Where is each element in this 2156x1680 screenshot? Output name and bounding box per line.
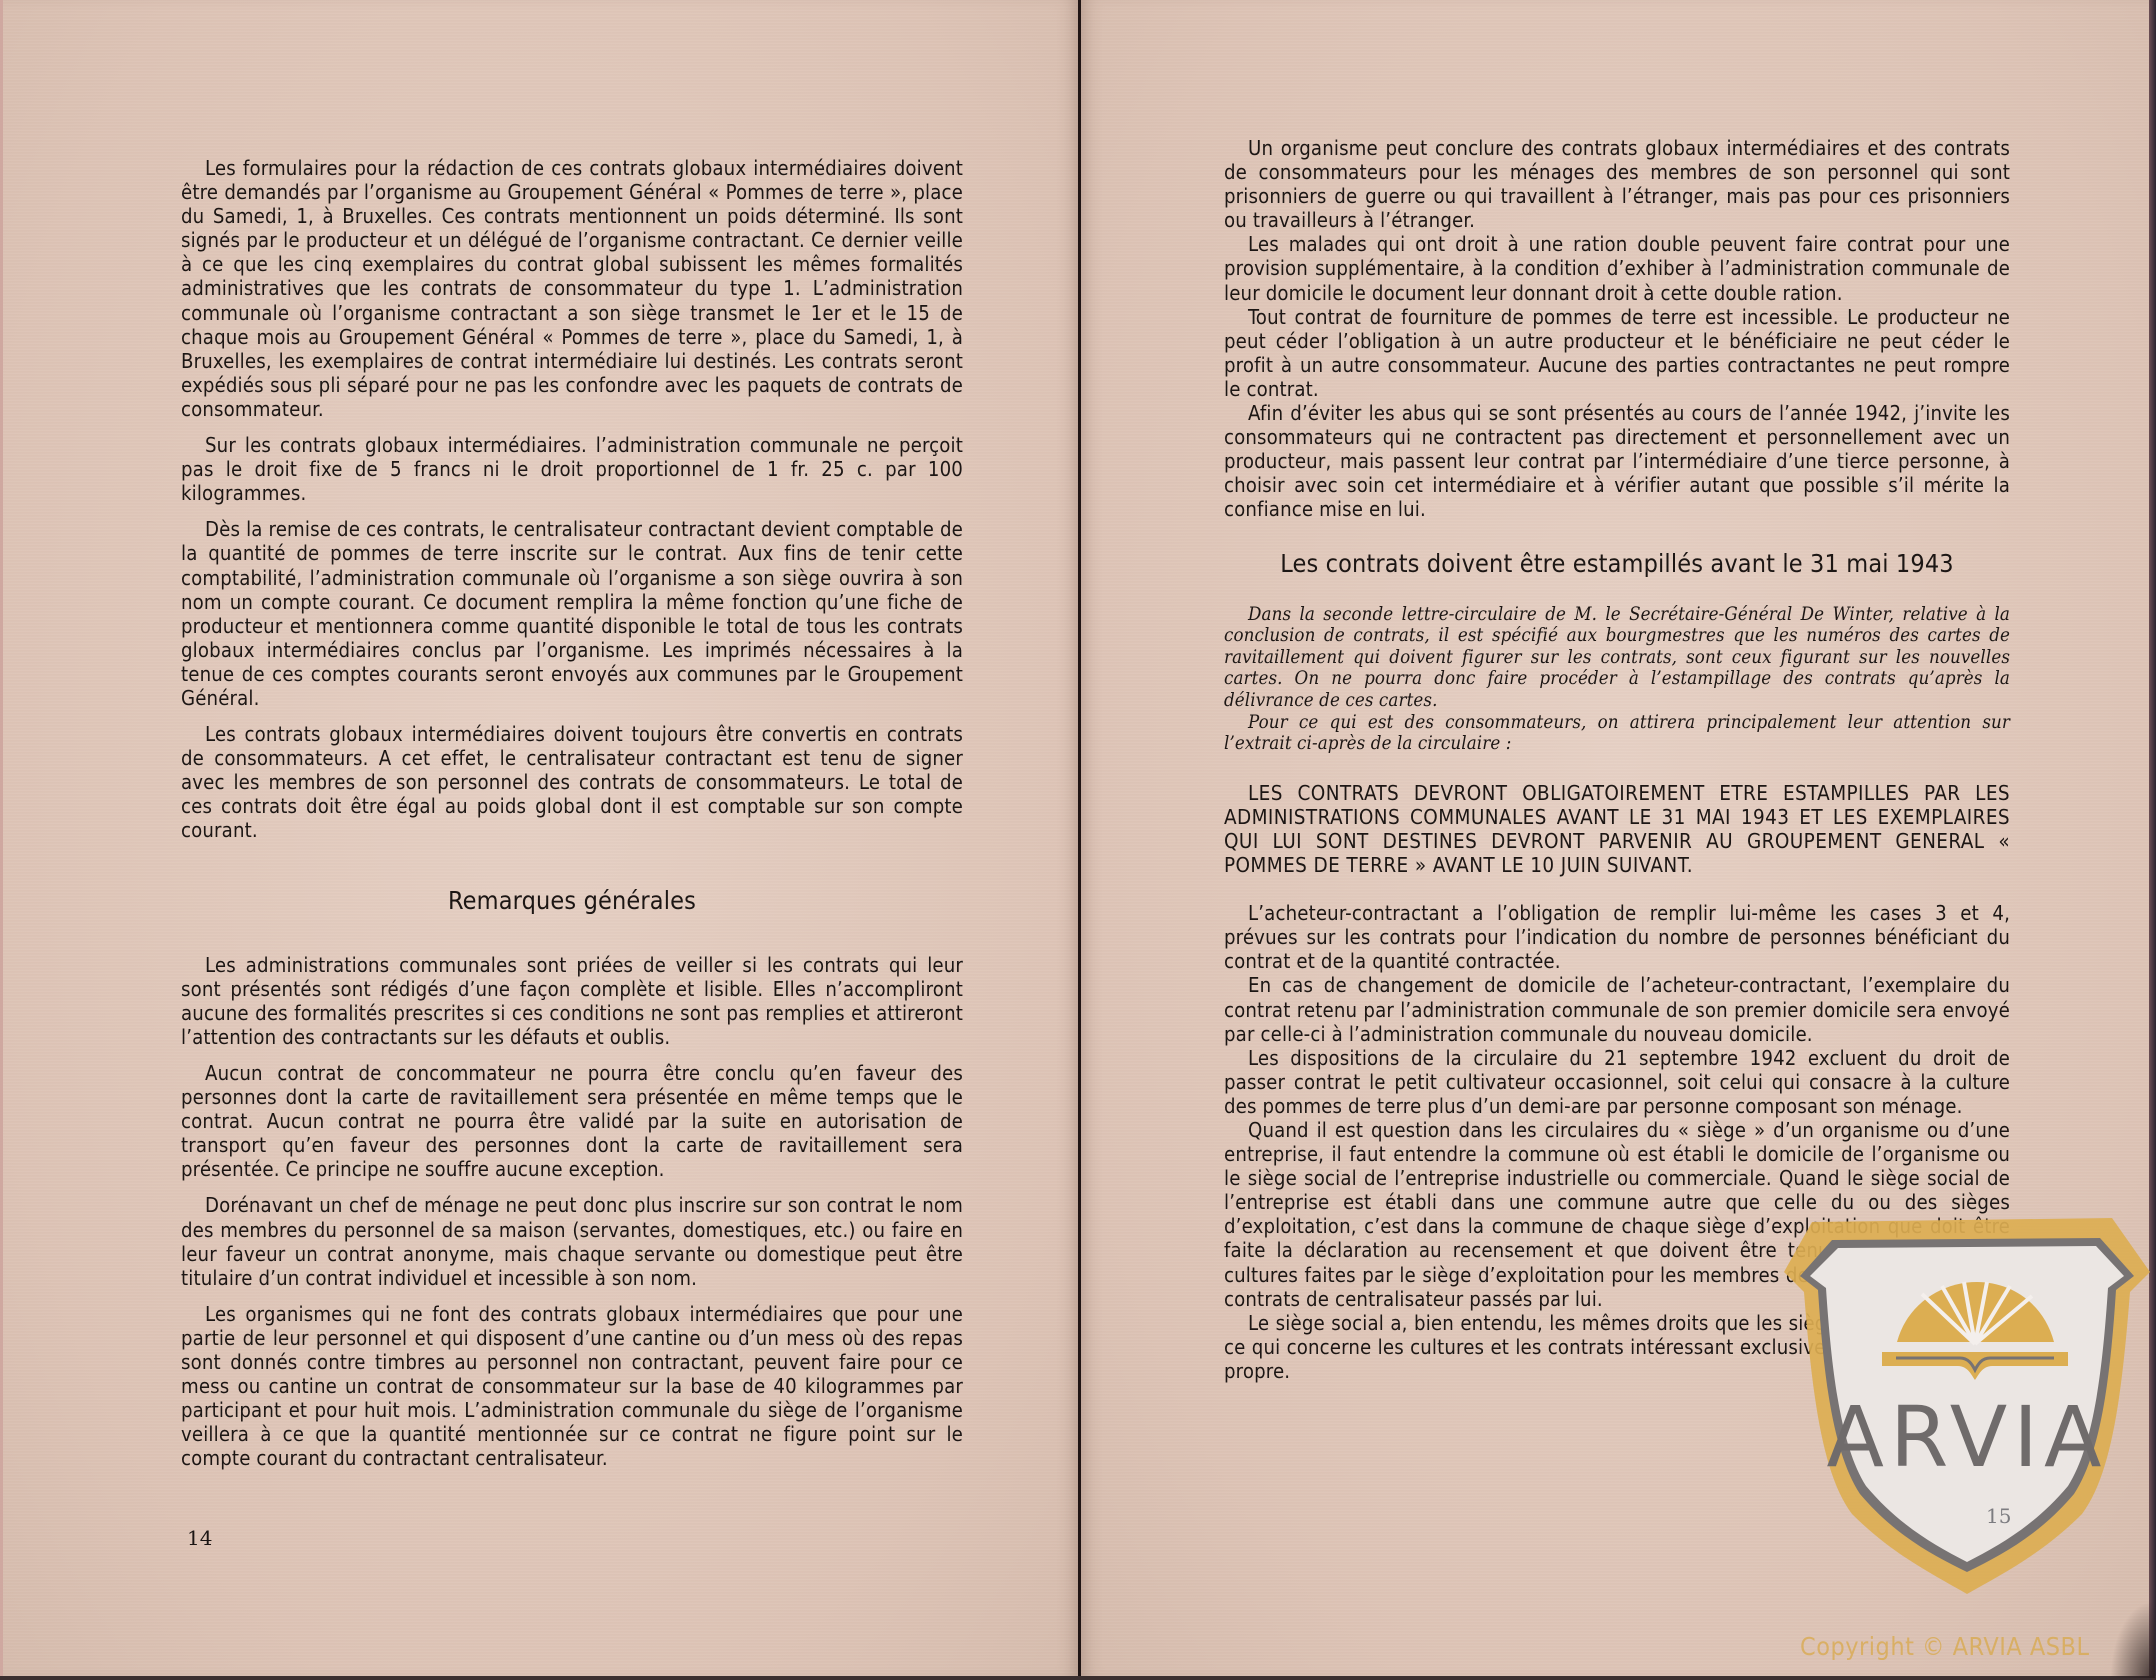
paragraph: Les administrations communales sont prié… [181, 953, 963, 1049]
paragraph: Sur les contrats globaux intermédiaires.… [181, 433, 963, 505]
page-right: Un organisme peut conclure des contrats … [1081, 0, 2151, 1676]
copyright-notice: Copyright © ARVIA ASBL [1800, 1632, 2089, 1661]
paragraph: L’acheteur-contractant a l’obligation de… [1224, 901, 2010, 973]
paragraph: Aucun contrat de concommateur ne pourra … [181, 1061, 963, 1181]
paragraph: Tout contrat de fourniture de pommes de … [1224, 305, 2010, 401]
section-heading-estampilles: Les contrats doivent être estampillés av… [1224, 552, 2010, 576]
paragraph: Quand il est question dans les circulair… [1224, 1118, 2010, 1311]
circular-intro-italic: Dans la seconde lettre-circulaire de M. … [1224, 604, 2010, 755]
paragraph: Le siège social a, bien entendu, les mêm… [1224, 1311, 2010, 1383]
left-page-text-column: Les formulaires pour la rédaction de ces… [181, 156, 963, 1471]
paragraph: Dès la remise de ces contrats, le centra… [181, 517, 963, 710]
paragraph: Les dispositions de la circulaire du 21 … [1224, 1046, 2010, 1118]
paragraph: Dorénavant un chef de ménage ne peut don… [181, 1193, 963, 1289]
page-corner-shadow [2110, 1600, 2155, 1678]
page-number: 15 [1986, 1504, 2011, 1528]
page-left: Les formulaires pour la rédaction de ces… [0, 0, 1079, 1676]
paragraph: Les contrats globaux intermédiaires doiv… [181, 722, 963, 842]
paragraph: En cas de changement de domicile de l’ac… [1224, 973, 2010, 1045]
book-bottom-edge [0, 1676, 2156, 1680]
right-page-text-column: Un organisme peut conclure des contrats … [1224, 136, 2010, 1383]
paragraph: Les organismes qui ne font des contrats … [181, 1302, 963, 1471]
book-right-edge [2149, 0, 2156, 1680]
paragraph: Pour ce qui est des consommateurs, on at… [1224, 712, 2010, 755]
paragraph: Un organisme peut conclure des contrats … [1224, 136, 2010, 232]
page-number: 14 [187, 1526, 212, 1550]
document-spread: Les formulaires pour la rédaction de ces… [0, 0, 2156, 1680]
paragraph: Les formulaires pour la rédaction de ces… [181, 156, 963, 421]
section-heading-remarques-generales: Remarques générales [181, 889, 963, 913]
circular-extract-uppercase: LES CONTRATS DEVRONT OBLIGATOIREMENT ETR… [1224, 781, 2010, 877]
paragraph: Afin d’éviter les abus qui se sont prése… [1224, 401, 2010, 521]
paragraph: Dans la seconde lettre-circulaire de M. … [1224, 604, 2010, 712]
paragraph: Les malades qui ont droit à une ration d… [1224, 232, 2010, 304]
